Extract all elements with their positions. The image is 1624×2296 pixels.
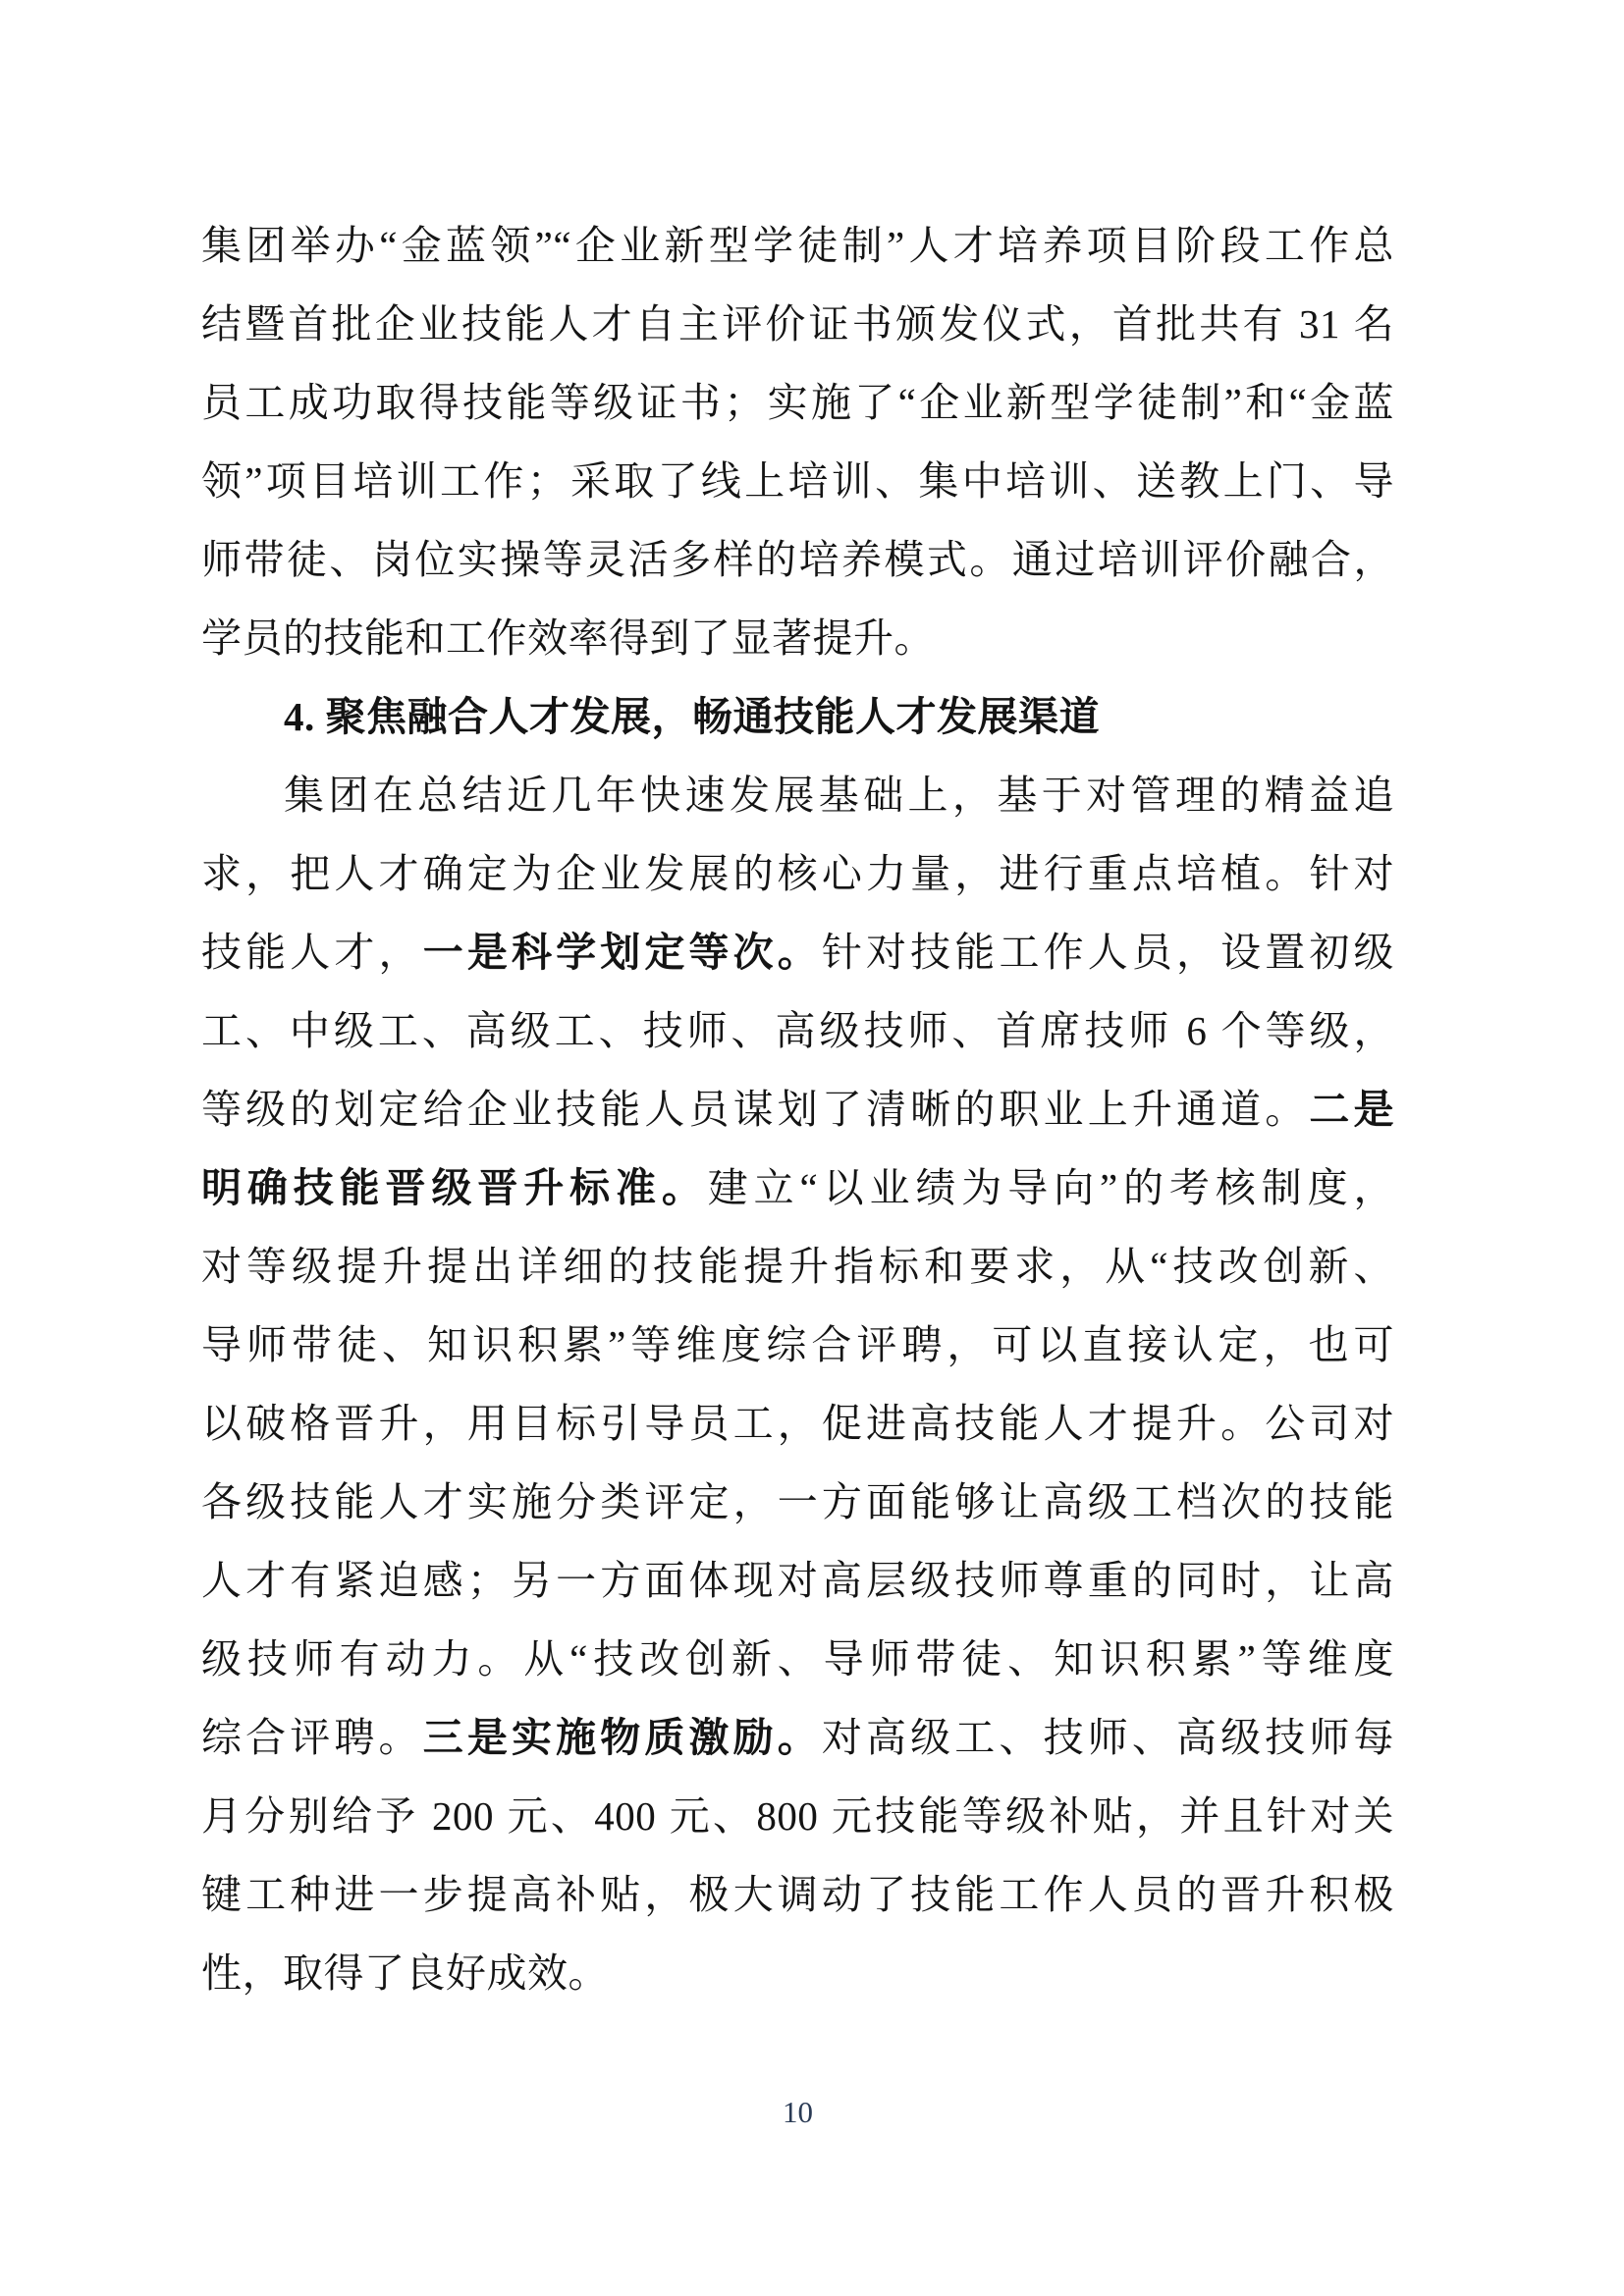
text-line: 级技师有动力。从“技改创新、导师带徒、知识积累”等维度 bbox=[201, 1620, 1394, 1698]
text-run: 集团在总结近几年快速发展基础上，基于对管理的精益追 bbox=[284, 773, 1394, 818]
text-line: 师带徒、岗位实操等灵活多样的培养模式。通过培训评价融合， bbox=[201, 520, 1394, 599]
text-line: 集团举办“金蓝领”“企业新型学徒制”人才培养项目阶段工作总 bbox=[201, 206, 1394, 285]
text-line: 明确技能晋级晋升标准。建立“以业绩为导向”的考核制度， bbox=[201, 1148, 1394, 1227]
text-line: 技能人才，一是科学划定等次。针对技能工作人员，设置初级 bbox=[201, 913, 1394, 991]
section-heading: 4. 聚焦融合人才发展，畅通技能人才发展渠道 bbox=[201, 677, 1394, 756]
text-run-bold: 明确技能晋级晋升标准。 bbox=[201, 1165, 708, 1210]
text-run: 月分别给予 200 元、400 元、800 元技能等级补贴，并且针对关 bbox=[201, 1793, 1394, 1839]
text-run: 结暨首批企业技能人才自主评价证书颁发仪式，首批共有 31 名 bbox=[201, 301, 1394, 347]
text-run: 工、中级工、高级工、技师、高级技师、首席技师 6 个等级， bbox=[201, 1008, 1394, 1053]
text-line: 对等级提升提出详细的技能提升指标和要求，从“技改创新、 bbox=[201, 1227, 1394, 1306]
text-line: 集团在总结近几年快速发展基础上，基于对管理的精益追 bbox=[201, 756, 1394, 834]
text-run: 技能人才， bbox=[201, 930, 423, 975]
text-line: 等级的划定给企业技能人员谋划了清晰的职业上升通道。二是 bbox=[201, 1070, 1394, 1148]
text-run: 集团举办“金蓝领”“企业新型学徒制”人才培养项目阶段工作总 bbox=[201, 223, 1394, 268]
text-run: 师带徒、岗位实操等灵活多样的培养模式。通过培训评价融合， bbox=[201, 537, 1394, 582]
text-run: 性，取得了良好成效。 bbox=[201, 1950, 609, 1996]
text-run: 员工成功取得技能等级证书；实施了“企业新型学徒制”和“金蓝 bbox=[201, 380, 1394, 425]
paragraph-1: 集团举办“金蓝领”“企业新型学徒制”人才培养项目阶段工作总 结暨首批企业技能人才… bbox=[201, 206, 1394, 677]
document-body: 集团举办“金蓝领”“企业新型学徒制”人才培养项目阶段工作总 结暨首批企业技能人才… bbox=[201, 206, 1394, 2012]
text-run: 导师带徒、知识积累”等维度综合评聘，可以直接认定，也可 bbox=[201, 1322, 1394, 1367]
text-line: 学员的技能和工作效率得到了显著提升。 bbox=[201, 599, 1394, 677]
text-run: 键工种进一步提高补贴，极大调动了技能工作人员的晋升积极 bbox=[201, 1872, 1394, 1917]
document-page: 集团举办“金蓝领”“企业新型学徒制”人才培养项目阶段工作总 结暨首批企业技能人才… bbox=[0, 0, 1624, 2296]
text-run: 学员的技能和工作效率得到了显著提升。 bbox=[201, 615, 935, 661]
text-line: 各级技能人才实施分类评定，一方面能够让高级工档次的技能 bbox=[201, 1463, 1394, 1541]
text-line: 员工成功取得技能等级证书；实施了“企业新型学徒制”和“金蓝 bbox=[201, 363, 1394, 442]
text-line: 人才有紧迫感；另一方面体现对高层级技师尊重的同时，让高 bbox=[201, 1541, 1394, 1620]
text-run: 建立“以业绩为导向”的考核制度， bbox=[708, 1165, 1394, 1210]
text-line: 工、中级工、高级工、技师、高级技师、首席技师 6 个等级， bbox=[201, 991, 1394, 1070]
text-run: 等级的划定给企业技能人员谋划了清晰的职业上升通道。 bbox=[201, 1087, 1309, 1132]
text-run: 各级技能人才实施分类评定，一方面能够让高级工档次的技能 bbox=[201, 1479, 1394, 1524]
text-run: 级技师有动力。从“技改创新、导师带徒、知识积累”等维度 bbox=[201, 1636, 1394, 1682]
text-run: 人才有紧迫感；另一方面体现对高层级技师尊重的同时，让高 bbox=[201, 1558, 1394, 1603]
page-number: 10 bbox=[201, 2095, 1394, 2130]
text-run-bold: 二是 bbox=[1309, 1087, 1394, 1132]
text-line: 导师带徒、知识积累”等维度综合评聘，可以直接认定，也可 bbox=[201, 1306, 1394, 1384]
text-run: 以破格晋升，用目标引导员工，促进高技能人才提升。公司对 bbox=[201, 1401, 1394, 1446]
text-run-bold: 三是实施物质激励。 bbox=[423, 1715, 822, 1760]
text-line: 性，取得了良好成效。 bbox=[201, 1934, 1394, 2012]
text-line: 以破格晋升，用目标引导员工，促进高技能人才提升。公司对 bbox=[201, 1384, 1394, 1463]
text-run: 对高级工、技师、高级技师每 bbox=[822, 1715, 1394, 1760]
text-line: 月分别给予 200 元、400 元、800 元技能等级补贴，并且针对关 bbox=[201, 1777, 1394, 1855]
text-line: 领”项目培训工作；采取了线上培训、集中培训、送教上门、导 bbox=[201, 442, 1394, 520]
text-line: 键工种进一步提高补贴，极大调动了技能工作人员的晋升积极 bbox=[201, 1855, 1394, 1934]
text-run: 求，把人才确定为企业发展的核心力量，进行重点培植。针对 bbox=[201, 851, 1394, 896]
paragraph-2: 集团在总结近几年快速发展基础上，基于对管理的精益追 求，把人才确定为企业发展的核… bbox=[201, 756, 1394, 2012]
text-run: 领”项目培训工作；采取了线上培训、集中培训、送教上门、导 bbox=[201, 458, 1394, 504]
text-run: 综合评聘。 bbox=[201, 1715, 423, 1760]
text-line: 求，把人才确定为企业发展的核心力量，进行重点培植。针对 bbox=[201, 834, 1394, 913]
text-line: 结暨首批企业技能人才自主评价证书颁发仪式，首批共有 31 名 bbox=[201, 285, 1394, 363]
text-run-bold: 一是科学划定等次。 bbox=[423, 930, 822, 975]
heading-text: 4. 聚焦融合人才发展，畅通技能人才发展渠道 bbox=[284, 694, 1100, 739]
text-line: 综合评聘。三是实施物质激励。对高级工、技师、高级技师每 bbox=[201, 1698, 1394, 1777]
text-run: 对等级提升提出详细的技能提升指标和要求，从“技改创新、 bbox=[201, 1244, 1394, 1289]
text-run: 针对技能工作人员，设置初级 bbox=[822, 930, 1394, 975]
